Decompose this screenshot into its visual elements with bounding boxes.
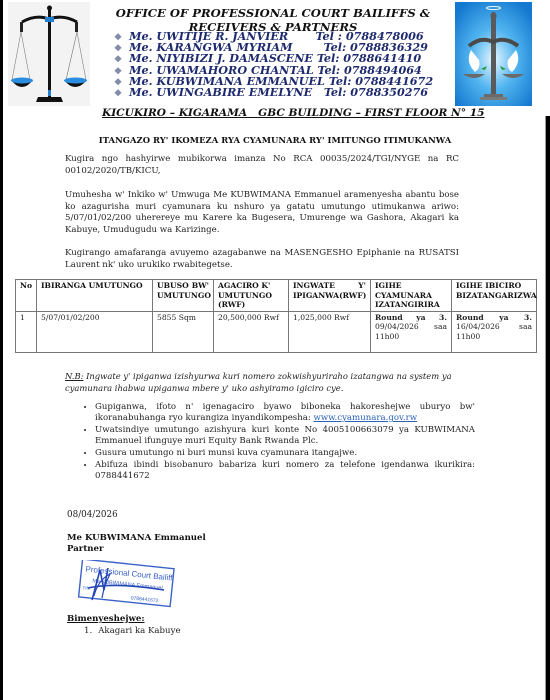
- cell-results-date: Roundya3. 16/04/2026saa 11h00: [452, 311, 537, 353]
- paragraph-announcement: Umuhesha w' Inkiko w' Umwuga Me KUBWIMAN…: [65, 190, 459, 236]
- scan-border-right: [546, 116, 550, 700]
- paragraph-beneficiaries: Kugirango amafaranga avuyemo azagabanwe …: [65, 248, 459, 271]
- cell-property-id: 5/07/01/02/200: [37, 311, 153, 353]
- col-header-auction-start: IGIHE CYAMUNARA IZATANGIRIRA: [371, 280, 452, 312]
- cell-area: 5855 Sqm: [153, 311, 214, 353]
- signatory-role: Partner: [67, 544, 206, 555]
- paragraph-case-reference: Kugira ngo hashyirwe mubikorwa imanza No…: [65, 154, 459, 177]
- cell-auction-start: Roundya3. 09/04/2026saa 11h00: [371, 311, 452, 353]
- partner-phone: Tel: 0788350276: [324, 85, 428, 99]
- list-item: Uwatsindiye umutungo azishyura kuri kont…: [95, 425, 475, 447]
- list-item: Gupiganwa, ifoto n' igenagaciro byawo bi…: [95, 402, 475, 424]
- nota-bene: N.B: Ingwate y' ipiganwa izishyurwa kuri…: [65, 370, 465, 394]
- auction-table: No IBIRANGA UMUTUNGO UBUSO BW' UMUTUNGO …: [15, 279, 537, 353]
- col-header-deposit: INGWATE Y' IPIGANWA(RWF): [289, 280, 371, 312]
- copy-recipient: Akagari ka Kabuye: [98, 626, 180, 636]
- partner-entry: ❖Me. UWINGABIRE EMELYNE Tel: 0788350276: [114, 87, 454, 98]
- scales-with-doves-logo: [455, 2, 532, 106]
- diamond-bullet-icon: ❖: [114, 89, 122, 99]
- nb-label: N.B:: [65, 371, 83, 381]
- copies-list: 1.Akagari ka Kabuye: [84, 626, 181, 636]
- table-header-row: No IBIRANGA UMUTUNGO UBUSO BW' UMUTUNGO …: [16, 280, 537, 312]
- table-row: 1 5/07/01/02/200 5855 Sqm 20,500,000 Rwf…: [16, 311, 537, 353]
- notes-list: Gupiganwa, ifoto n' igenagaciro byawo bi…: [80, 402, 475, 483]
- partner-name: Me. UWINGABIRE EMELYNE: [129, 85, 324, 99]
- nb-text: Ingwate y' ipiganwa izishyurwa kuri nome…: [65, 371, 452, 393]
- cell-value: 20,500,000 Rwf: [214, 311, 289, 353]
- col-header-area: UBUSO BW' UMUTUNGO: [153, 280, 214, 312]
- list-item: Abifuza ibindi bisobanuro babariza kuri …: [95, 460, 475, 482]
- scales-of-justice-logo: [8, 2, 90, 106]
- office-address: KICUKIRO – KIGARAMA GBC BUILDING – FIRST…: [102, 107, 442, 119]
- partners-list: ❖Me. UWITIJE R. JANVIER Tel : 0788478006…: [114, 31, 454, 98]
- copies-label: Bimenyeshejwe:: [67, 614, 145, 624]
- diamond-bullet-icon: ❖: [114, 55, 122, 65]
- col-header-results-date: IGIHE IBICIRO BIZATANGARIZWA: [452, 280, 537, 312]
- cyamunara-link[interactable]: www.cyamunara.gov.rw: [313, 413, 417, 423]
- signatory: Me KUBWIMANA Emmanuel Partner: [67, 533, 206, 555]
- official-stamp: Professional Court Bailiff Me KUBWIMANA …: [74, 560, 182, 612]
- col-header-property-id: IBIRANGA UMUTUNGO: [37, 280, 153, 312]
- list-item: Gusura umutungo ni buri munsi kuva cyamu…: [95, 448, 475, 459]
- col-header-no: No: [16, 280, 37, 312]
- document-title: ITANGAZO RY' IKOMEZA RYA CYAMUNARA RY' I…: [0, 135, 550, 145]
- col-header-value: AGACIRO K' UMUTUNGO (RWF): [214, 280, 289, 312]
- cell-no: 1: [16, 311, 37, 353]
- scan-border-left: [0, 0, 3, 700]
- document-date: 08/04/2026: [67, 510, 118, 520]
- cell-deposit: 1,025,000 Rwf: [289, 311, 371, 353]
- signatory-name: Me KUBWIMANA Emmanuel: [67, 533, 206, 544]
